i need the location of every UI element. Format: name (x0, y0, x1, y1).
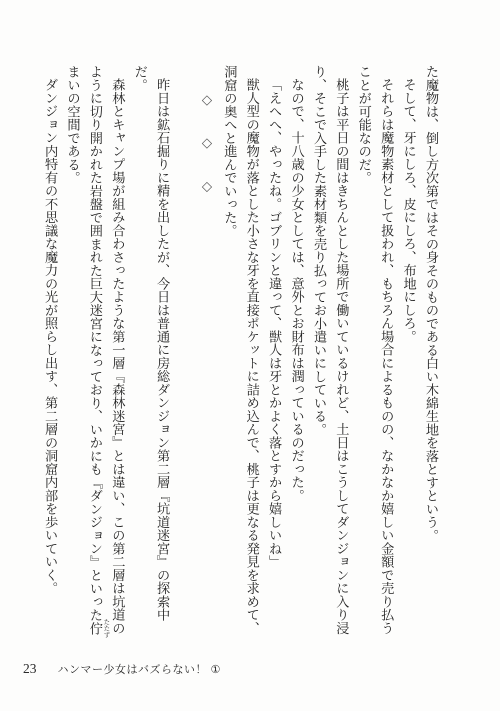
running-title: ハンマー少女はバズらない！ ① (58, 661, 221, 677)
page-footer: 23 ハンマー少女はバズらない！ ① (23, 661, 221, 677)
blank-line (173, 65, 195, 647)
paragraph: た魔物は、倒し方次第ではその身そのものである白い木綿生地を落とすという。 (420, 65, 442, 647)
paragraph: 森林とキャンプ場が組み合わさったような第一層『森林迷宮』とは違い、この第二層は坑… (61, 65, 128, 647)
paragraph: 「えへへ、やったね。ゴブリンと違って、獣人は牙とかよく落とすから嬉しいね」 (263, 65, 285, 647)
paragraph: そして、牙にしろ、皮にしろ、布地にしろ。 (397, 65, 419, 647)
paragraph: それらは魔物素材として扱われ、もちろん場合によるものの、なかなか嬉しい金額で売り… (352, 65, 397, 647)
paragraph: ダンジョン内特有の不思議な魔力の光が照らし出す、第二層の洞窟内部を歩いていく。 (39, 65, 61, 647)
section-separator: ◇ ◇ ◇ (196, 65, 218, 647)
paragraph: 桃子は平日の間はきちんとした場所で働いているけれど、土日はこうしてダンジョンに入… (308, 65, 353, 647)
page-text: た魔物は、倒し方次第ではその身そのものである白い木綿生地を落とすという。そして、… (58, 65, 442, 647)
paragraph: なので、十八歳の少女としては、意外とお財布は潤っているのだった。 (285, 65, 307, 647)
page-number: 23 (23, 661, 37, 677)
paragraph: 獣人型の魔物が落とした小さな牙を直接ポケットに詰め込んで、桃子は更なる発見を求め… (218, 65, 263, 647)
ruby-annotated-word: 佇たたず (88, 622, 103, 635)
paragraph: 昨日は鉱石掘りに精を出したが、今日は普通に房総ダンジョン第二層『坑道迷宮』の探索… (128, 65, 173, 647)
book-page: た魔物は、倒し方次第ではその身そのものである白い木綿生地を落とすという。そして、… (0, 0, 500, 711)
